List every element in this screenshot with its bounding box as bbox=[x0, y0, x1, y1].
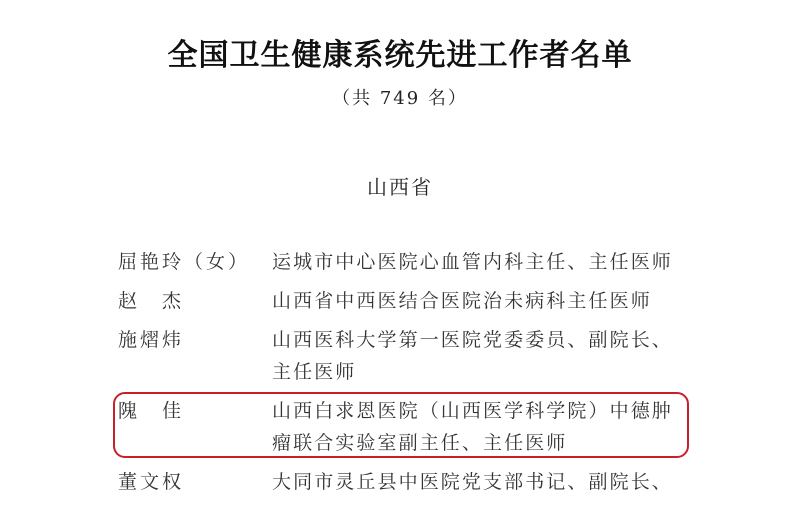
awardee-affiliation: 山西白求恩医院（山西医学科学院）中德肿瘤联合实验室副主任、主任医师 bbox=[272, 395, 692, 459]
awardee-affiliation: 运城市中心医院心血管内科主任、主任医师 bbox=[272, 246, 692, 278]
awardee-affiliation: 大同市灵丘县中医院党支部书记、副院长、 bbox=[272, 466, 692, 498]
awardee-affiliation: 山西省中西医结合医院治未病科主任医师 bbox=[272, 285, 692, 317]
awardee-name: 隗 佳 bbox=[118, 395, 268, 427]
awardee-name: 赵 杰 bbox=[118, 285, 268, 317]
document-title: 全国卫生健康系统先进工作者名单 bbox=[0, 36, 800, 76]
document-subtitle-count: （共 749 名） bbox=[0, 86, 800, 112]
awardee-name: 董文权 bbox=[118, 466, 268, 498]
section-heading-province: 山西省 bbox=[0, 173, 800, 201]
awardee-affiliation: 山西医科大学第一医院党委委员、副院长、主任医师 bbox=[272, 324, 692, 388]
awardee-name: 施熠炜 bbox=[118, 324, 268, 356]
awardee-name: 屈艳玲（女） bbox=[118, 246, 268, 278]
